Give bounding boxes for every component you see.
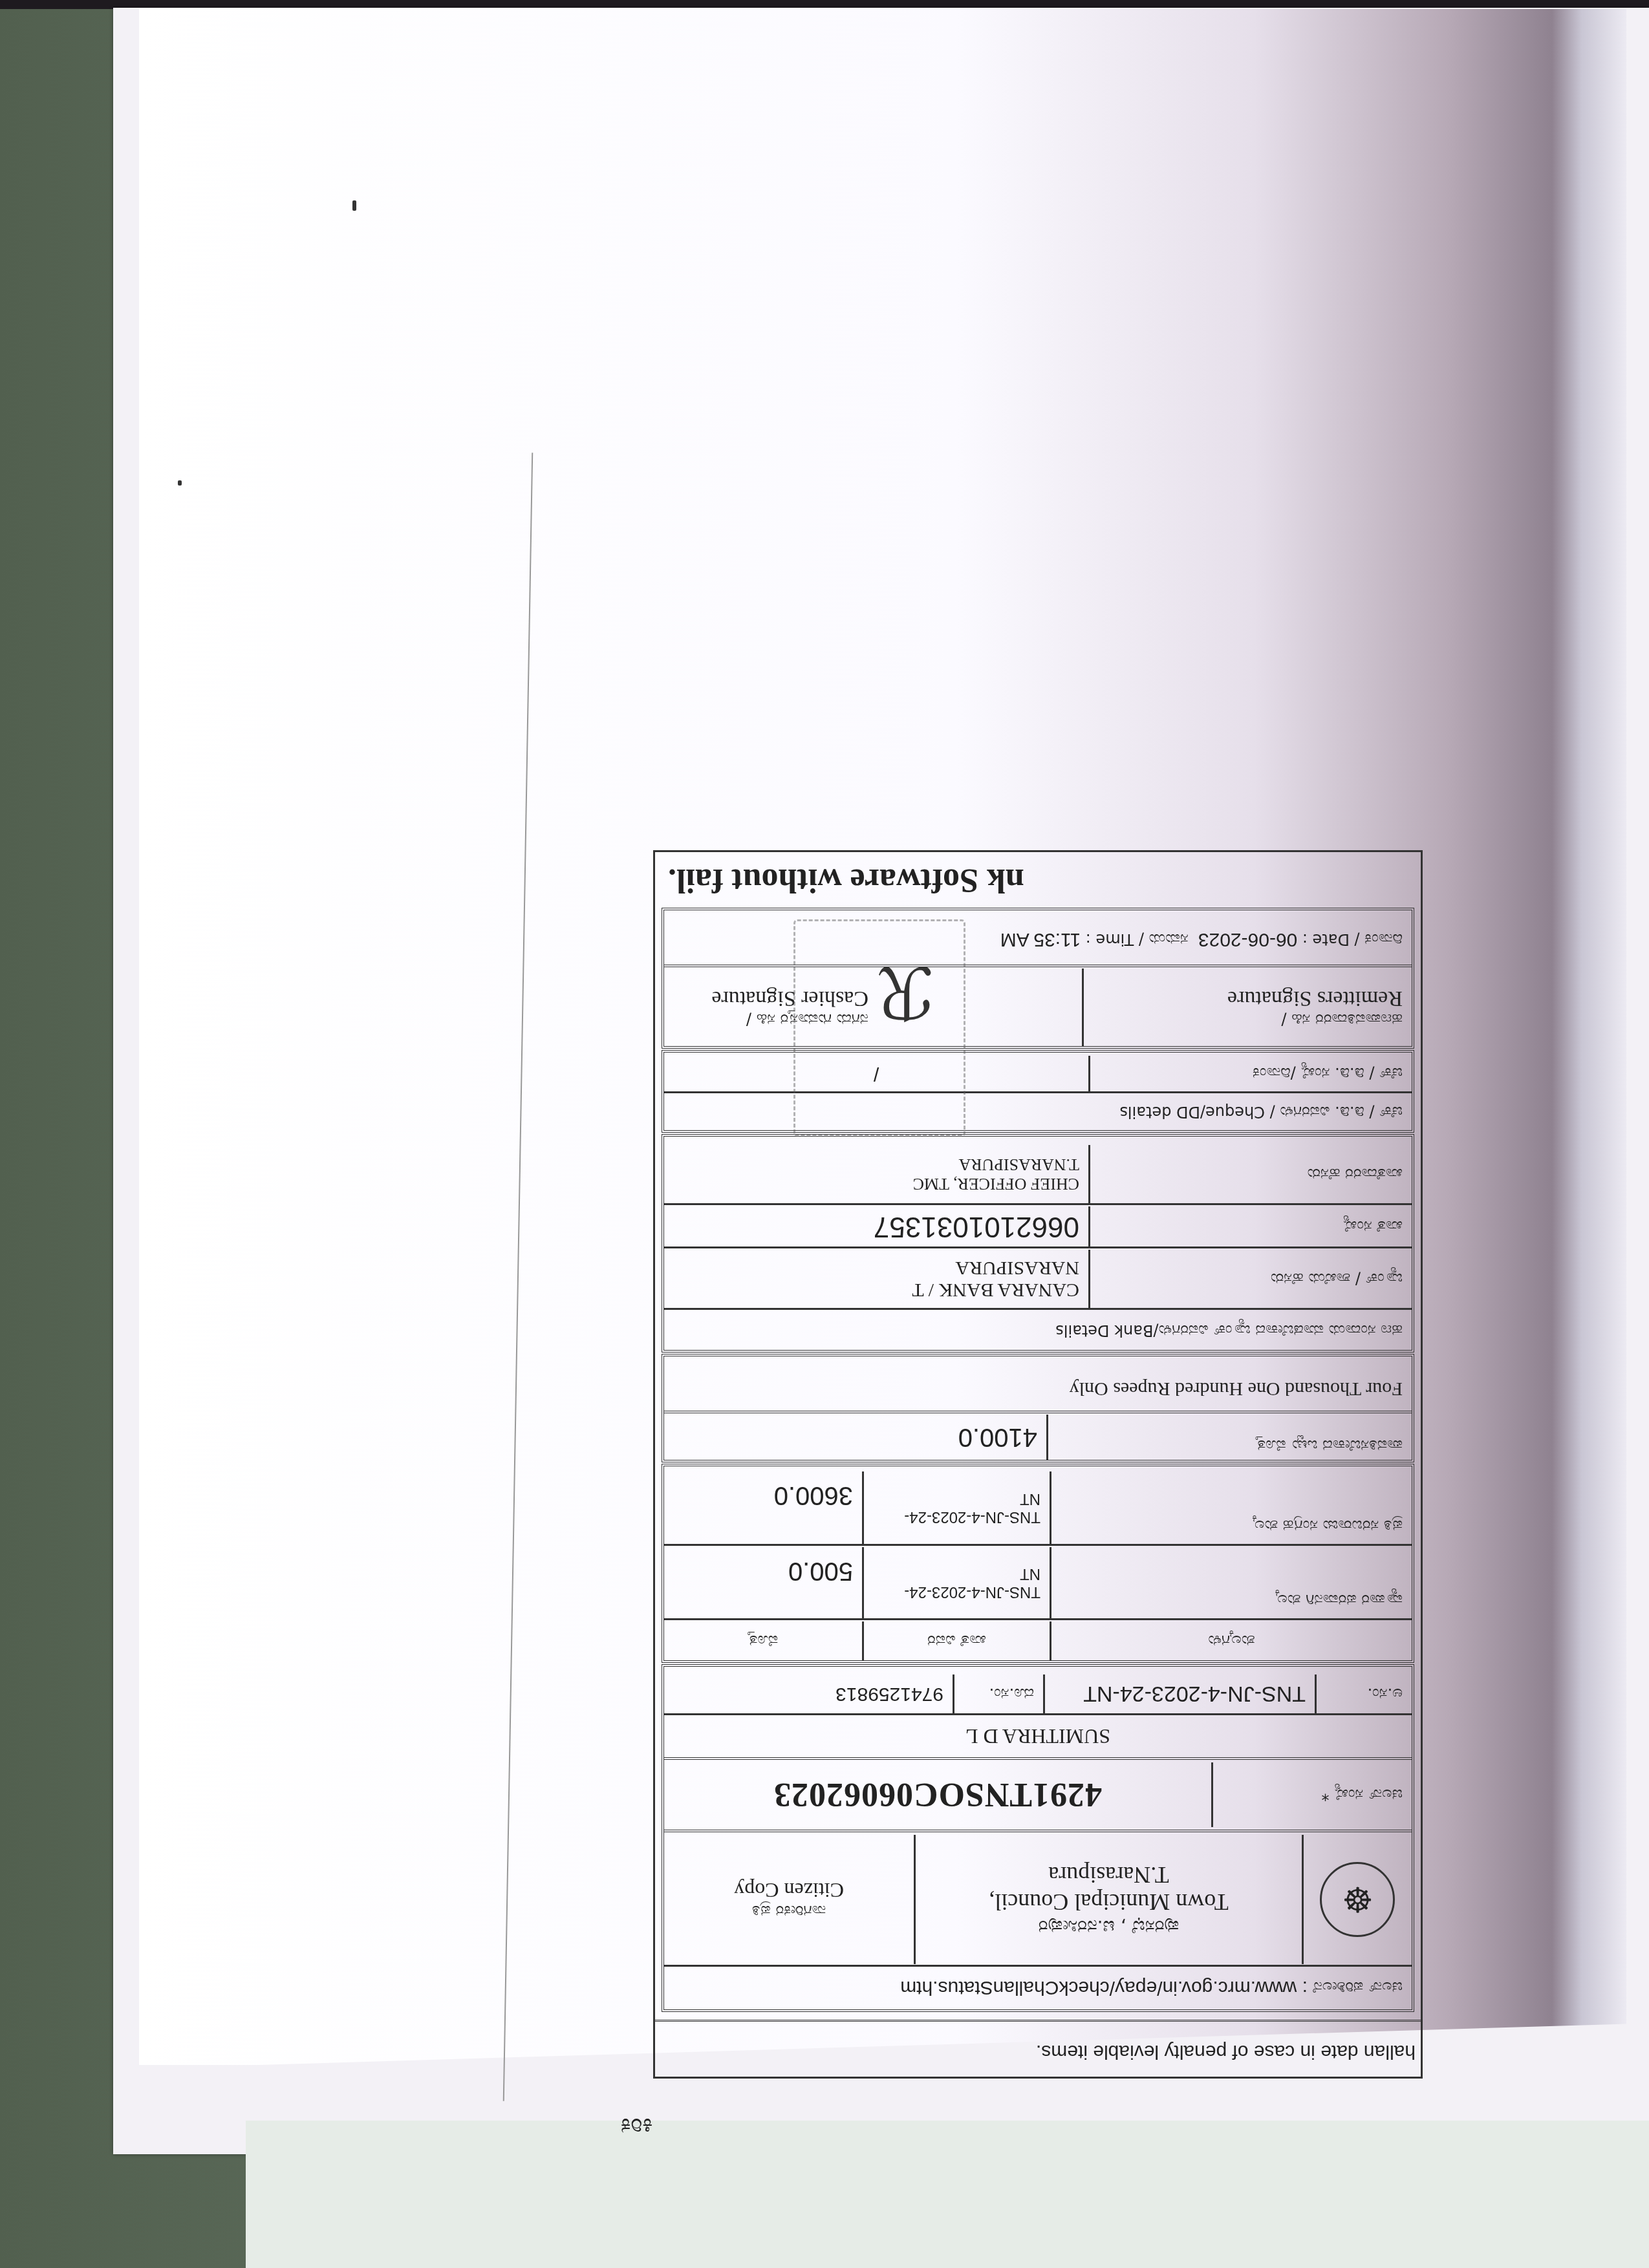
account-name-row: ಖಾತೆದಾರರ ಹೆಸರು CHIEF OFFICER, TMC T.NARA… <box>664 1145 1412 1203</box>
fee-amount: 500.0 <box>664 1547 862 1618</box>
penalty-hint: hallan date in case of penalty leviable … <box>650 2040 1421 2062</box>
cheque-heading-text: ಚೆಕ್ / ಡಿ.ಡಿ. ವಿವರಗಳು / Cheque/DD detail… <box>1119 1104 1403 1122</box>
amount-in-words: Four Thousand One Hundred Rupees Only <box>1070 1378 1403 1400</box>
bank-frame: ಹಣ ಸಂದಾಯ ಮಾಡಬೇಕಾದ ಬ್ಯಾಂಕ್ ವಿವರಗಳು/Bank D… <box>662 1134 1414 1353</box>
office-name-en: Town Municipal Council, <box>989 1888 1228 1916</box>
cheque-heading: ಚೆಕ್ / ಡಿ.ಡಿ. ವಿವರಗಳು / Cheque/DD detail… <box>664 1095 1412 1130</box>
fees-header-account: ಖಾತೆ ವಿವರ <box>862 1621 1050 1660</box>
account-holder: CHIEF OFFICER, TMC <box>913 1174 1079 1193</box>
challan-receipt: hallan date in case of penalty leviable … <box>653 850 1423 2079</box>
fee-account: TNS-JN-4-2023-24- NT <box>862 1471 1050 1544</box>
bank-heading: ಹಣ ಸಂದಾಯ ಮಾಡಬೇಕಾದ ಬ್ಯಾಂಕ್ ವಿವರಗಳು/Bank D… <box>664 1311 1412 1350</box>
cheque-frame: ಚೆಕ್ / ಡಿ.ಡಿ. ವಿವರಗಳು / Cheque/DD detail… <box>662 1050 1414 1133</box>
office-town: T.Narasipura <box>1048 1861 1169 1888</box>
divider <box>664 1965 1412 1967</box>
fee-row: ಪ್ರತಿ ಸರಬರಾಜು ಸಂಗ್ರಹ ಶುಲ್ಕ TNS-JN-4-2023… <box>664 1471 1412 1544</box>
divider <box>664 1544 1412 1546</box>
remitter-signature-kn: ಹಣಪಾವತಿದಾರರ ಸಹಿ / <box>1281 1011 1403 1029</box>
total-label: ಪಾವತಿಸಬೇಕಾದ ಒಟ್ಟು ಮೊತ್ತ <box>1046 1415 1412 1460</box>
verify-url[interactable]: : www.mrc.gov.in/epay/checkChallanStatus… <box>900 1976 1308 1998</box>
emblem-cell: ☸ <box>1302 1835 1412 1964</box>
account-name-value: CHIEF OFFICER, TMC T.NARASIPURA <box>664 1145 1088 1203</box>
divider <box>664 1757 1412 1760</box>
divider <box>664 1411 1412 1413</box>
divider <box>664 1091 1412 1093</box>
karnataka-emblem-icon: ☸ <box>1320 1862 1396 1937</box>
cheque-row: ಚೆಕ್ / ಡಿ.ಡಿ. ಸಂಖ್ಯೆ /ದಿನಾಂಕ / <box>664 1056 1412 1091</box>
signature-frame: ಹಣಪಾವತಿದಾರರ ಸಹಿ / Remitters Signature ನಗ… <box>662 908 1414 1049</box>
remitter-signature-en: Remitters Signature <box>1227 986 1403 1011</box>
divider <box>664 1618 1412 1620</box>
total-amount: 4100.0 <box>664 1415 1046 1460</box>
challan-number-row: ಚಲನ್ ಸಂಖ್ಯೆ * 4291TNSOC06062023 <box>664 1762 1412 1827</box>
branch-name: NARASIPURA <box>955 1257 1079 1279</box>
divider <box>664 1830 1412 1832</box>
cheque-label: ಚೆಕ್ / ಡಿ.ಡಿ. ಸಂಖ್ಯೆ /ದಿನಾಂಕ <box>1088 1056 1412 1091</box>
speck <box>178 480 182 486</box>
copy-label-kn: ನಾಗರೀಕರ ಪ್ರತಿ <box>752 1903 826 1921</box>
divider <box>664 965 1412 967</box>
office-header: ☸ ಪುರಸಭೆ , ಟಿ.ನರಸೀಪುರ Town Municipal Cou… <box>664 1835 1412 1964</box>
fee-account-line1: TNS-JN-4-2023-24- <box>904 1583 1040 1601</box>
payer-name-row: SUMITHRA D L <box>664 1717 1412 1756</box>
account-number-row: ಖಾತೆ ಸಂಖ್ಯೆ 0662101031357 <box>664 1206 1412 1246</box>
total-frame: ಪಾವತಿಸಬೇಕಾದ ಒಟ್ಟು ಮೊತ್ತ 4100.0 Four Thou… <box>662 1354 1414 1462</box>
account-number: 0662101031357 <box>664 1206 1088 1246</box>
fee-account: TNS-JN-4-2023-24- NT <box>862 1547 1050 1618</box>
fee-name: ವ್ಯಾಪಾರ ಪರವಾನಗಿ ಶುಲ್ಕ <box>1050 1547 1412 1618</box>
divider <box>664 1308 1412 1310</box>
account-name-label: ಖಾತೆದಾರರ ಹೆಸರು <box>1088 1145 1412 1203</box>
total-row: ಪಾವತಿಸಬೇಕಾದ ಒಟ್ಟು ಮೊತ್ತ 4100.0 <box>664 1415 1412 1460</box>
bank-branch-value: CANARA BANK / T NARASIPURA <box>664 1250 1088 1308</box>
divider <box>664 1713 1412 1715</box>
challan-label: ಚಲನ್ ಸಂಖ್ಯೆ * <box>1211 1762 1412 1827</box>
lower-sheet-text: ಕಿರಿಕ <box>621 2113 652 2139</box>
header-frame: ಚಲನ್ ಪರಿಶೀಲನೆ : www.mrc.gov.in/epay/chec… <box>662 1664 1414 2012</box>
remitter-signature: ಹಣಪಾವತಿದಾರರ ಸಹಿ / Remitters Signature <box>1082 968 1412 1046</box>
speck <box>352 200 356 211</box>
fee-name: ಪ್ರತಿ ಸರಬರಾಜು ಸಂಗ್ರಹ ಶುಲ್ಕ <box>1050 1471 1412 1544</box>
phone-label: ದೂ.ಸಂ. <box>953 1674 1043 1713</box>
fees-frame: ಶುಲ್ಕಗಳು ಖಾತೆ ವಿವರ ಮೊತ್ತ ವ್ಯಾಪಾರ ಪರವಾನಗಿ… <box>662 1464 1414 1663</box>
fee-row: ವ್ಯಾಪಾರ ಪರವಾನಗಿ ಶುಲ್ಕ TNS-JN-4-2023-24- … <box>664 1547 1412 1618</box>
fees-header-fee: ಶುಲ್ಕಗಳು <box>1050 1621 1412 1660</box>
copy-cell: ನಾಗರೀಕರ ಪ್ರತಿ Citizen Copy <box>664 1835 914 1964</box>
phone-number: 9741259813 <box>664 1674 953 1713</box>
account-number-label: ಖಾತೆ ಸಂಖ್ಯೆ <box>1088 1206 1412 1246</box>
office-cell: ಪುರಸಭೆ , ಟಿ.ನರಸೀಪುರ Town Municipal Counc… <box>914 1835 1302 1964</box>
footer-note: nk Software without fail. <box>668 862 1024 900</box>
divider <box>664 1246 1412 1248</box>
fees-header-row: ಶುಲ್ಕಗಳು ಖಾತೆ ವಿವರ ಮೊತ್ತ <box>664 1621 1412 1660</box>
bank-name: CANARA BANK / T <box>912 1279 1079 1301</box>
ref-label: ಅ.ಸಂ. <box>1315 1674 1412 1713</box>
time-label: ಸಮಯ / Time : <box>1086 930 1189 948</box>
ref-number: TNS-JN-4-2023-24-NT <box>1043 1674 1315 1713</box>
payer-name: SUMITHRA D L <box>965 1725 1110 1749</box>
fee-amount: 3600.0 <box>664 1471 862 1544</box>
fee-account-line2: NT <box>1020 1490 1040 1508</box>
time-value: 11:35 AM <box>1000 928 1081 950</box>
divider <box>664 1203 1412 1205</box>
account-holder-town: T.NARASIPURA <box>958 1155 1079 1174</box>
date-label: ದಿನಾಂಕ / Date : <box>1302 930 1403 948</box>
bank-stamp <box>793 919 965 1137</box>
amount-words-row: Four Thousand One Hundred Rupees Only <box>664 1369 1412 1408</box>
lower-sheet <box>246 2121 1649 2268</box>
verify-row: ಚಲನ್ ಪರಿಶೀಲನೆ : www.mrc.gov.in/epay/chec… <box>664 1971 1412 2004</box>
divider <box>655 2020 1421 2022</box>
reference-row: ಅ.ಸಂ. TNS-JN-4-2023-24-NT ದೂ.ಸಂ. 9741259… <box>664 1674 1412 1713</box>
verify-label: ಚಲನ್ ಪರಿಶೀಲನೆ <box>1313 1978 1403 1996</box>
fees-header-amount: ಮೊತ್ತ <box>664 1621 862 1660</box>
datetime-row: ದಿನಾಂಕ / Date : 06-06-2023 ಸಮಯ / Time : … <box>664 917 1412 962</box>
copy-label-en: Citizen Copy <box>734 1879 844 1903</box>
bank-branch-row: ಬ್ಯಾಂಕ್ / ಶಾಖೆಯ ಹೆಸರು CANARA BANK / T NA… <box>664 1250 1412 1308</box>
office-name-kn: ಪುರಸಭೆ , ಟಿ.ನರಸೀಪುರ <box>1039 1916 1180 1938</box>
challan-number: 4291TNSOC06062023 <box>664 1762 1211 1827</box>
signature-row: ಹಣಪಾವತಿದಾರರ ಸಹಿ / Remitters Signature ನಗ… <box>664 968 1412 1046</box>
fee-account-line1: TNS-JN-4-2023-24- <box>904 1508 1040 1526</box>
fee-account-line2: NT <box>1020 1565 1040 1583</box>
footer-row: nk Software without fail. <box>655 858 1421 903</box>
date-value: 06-06-2023 <box>1198 928 1297 950</box>
bank-branch-label: ಬ್ಯಾಂಕ್ / ಶಾಖೆಯ ಹೆಸರು <box>1088 1250 1412 1308</box>
receipt-border: hallan date in case of penalty leviable … <box>653 850 1423 2079</box>
